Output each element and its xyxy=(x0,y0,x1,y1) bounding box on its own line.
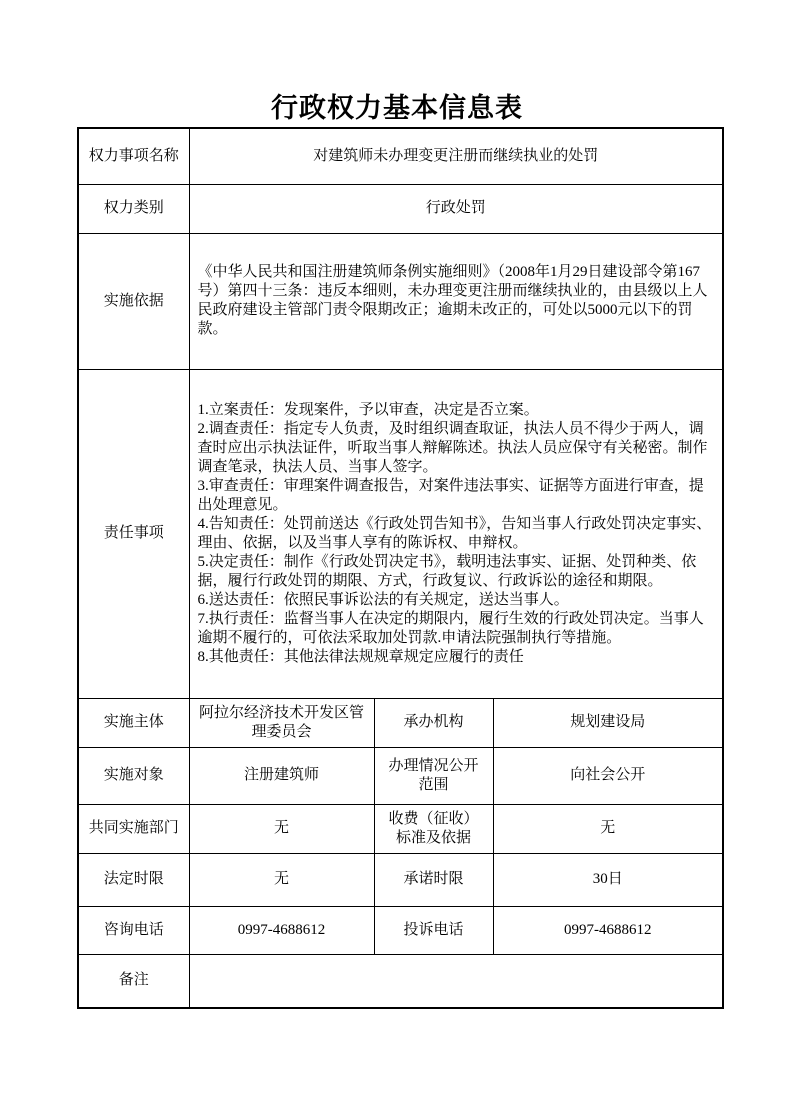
value-implementation-basis: 《中华人民共和国注册建筑师条例实施细则》（2008年1月29日建设部令第167号… xyxy=(189,233,723,369)
table-row: 责任事项 1.立案责任：发现案件，予以审查，决定是否立案。 2.调查责任：指定专… xyxy=(78,369,723,698)
value-fee-standard: 无 xyxy=(493,804,723,853)
label-remarks: 备注 xyxy=(78,954,189,1008)
table-row: 权力事项名称 对建筑师未办理变更注册而继续执业的处罚 xyxy=(78,128,723,184)
value-power-category: 行政处罚 xyxy=(189,184,723,233)
table-row: 法定时限 无 承诺时限 30日 xyxy=(78,853,723,906)
value-implementation-target: 注册建筑师 xyxy=(189,747,374,804)
table-row: 实施对象 注册建筑师 办理情况公开范围 向社会公开 xyxy=(78,747,723,804)
table-row: 实施主体 阿拉尔经济技术开发区管理委员会 承办机构 规划建设局 xyxy=(78,698,723,747)
value-disclosure-scope: 向社会公开 xyxy=(493,747,723,804)
table-row: 咨询电话 0997-4688612 投诉电话 0997-4688612 xyxy=(78,906,723,954)
label-fee-standard: 收费（征收）标准及依据 xyxy=(374,804,493,853)
label-statutory-time-limit: 法定时限 xyxy=(78,853,189,906)
label-power-item-name: 权力事项名称 xyxy=(78,128,189,184)
value-complaint-phone: 0997-4688612 xyxy=(493,906,723,954)
value-consultation-phone: 0997-4688612 xyxy=(189,906,374,954)
table-row: 备注 xyxy=(78,954,723,1008)
label-consultation-phone: 咨询电话 xyxy=(78,906,189,954)
table-row: 共同实施部门 无 收费（征收）标准及依据 无 xyxy=(78,804,723,853)
table-row: 权力类别 行政处罚 xyxy=(78,184,723,233)
value-power-item-name: 对建筑师未办理变更注册而继续执业的处罚 xyxy=(189,128,723,184)
table-row: 实施依据 《中华人民共和国注册建筑师条例实施细则》（2008年1月29日建设部令… xyxy=(78,233,723,369)
page-title: 行政权力基本信息表 xyxy=(0,86,794,125)
label-complaint-phone: 投诉电话 xyxy=(374,906,493,954)
label-implementing-body: 实施主体 xyxy=(78,698,189,747)
value-responsibility-items: 1.立案责任：发现案件，予以审查，决定是否立案。 2.调查责任：指定专人负责，及… xyxy=(189,369,723,698)
value-promised-time-limit: 30日 xyxy=(493,853,723,906)
value-undertaking-agency: 规划建设局 xyxy=(493,698,723,747)
info-table: 权力事项名称 对建筑师未办理变更注册而继续执业的处罚 权力类别 行政处罚 实施依… xyxy=(77,127,724,1009)
value-joint-implementation-departments: 无 xyxy=(189,804,374,853)
label-undertaking-agency: 承办机构 xyxy=(374,698,493,747)
value-implementing-body: 阿拉尔经济技术开发区管理委员会 xyxy=(189,698,374,747)
label-promised-time-limit: 承诺时限 xyxy=(374,853,493,906)
label-disclosure-scope: 办理情况公开范围 xyxy=(374,747,493,804)
label-joint-implementation-departments: 共同实施部门 xyxy=(78,804,189,853)
value-remarks xyxy=(189,954,723,1008)
label-implementation-target: 实施对象 xyxy=(78,747,189,804)
label-implementation-basis: 实施依据 xyxy=(78,233,189,369)
label-responsibility-items: 责任事项 xyxy=(78,369,189,698)
document-page: 行政权力基本信息表 权力事项名称 对建筑师未办理变更注册而继续执业的处罚 权力类… xyxy=(0,0,794,1108)
label-power-category: 权力类别 xyxy=(78,184,189,233)
value-statutory-time-limit: 无 xyxy=(189,853,374,906)
